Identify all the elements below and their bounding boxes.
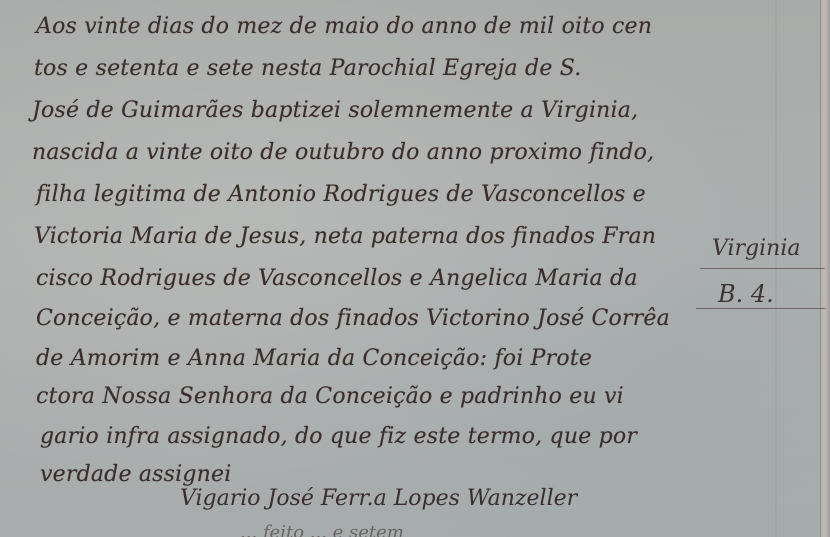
margin-rule-top <box>700 268 825 269</box>
document-page: Aos vinte dias do mez de maio do anno de… <box>0 0 830 537</box>
record-line-7: cisco Rodrigues de Vasconcellos e Angeli… <box>36 266 638 291</box>
record-line-12: verdade assignei <box>40 462 232 487</box>
vicar-signature: Vigario José Ferr.a Lopes Wanzeller <box>180 486 577 511</box>
record-line-10: ctora Nossa Senhora da Conceição e padri… <box>36 384 624 409</box>
record-line-1: Aos vinte dias do mez de maio do anno de… <box>36 14 652 39</box>
cutoff-line: ... feito ... e setem <box>240 522 404 537</box>
record-line-5: filha legitima de Antonio Rodrigues de V… <box>36 182 646 207</box>
record-line-3: José de Guimarães baptizei solemnemente … <box>32 98 638 123</box>
margin-note-code: B. 4. <box>718 280 774 308</box>
record-line-11: gario infra assignado, do que fiz este t… <box>40 424 637 449</box>
record-line-4: nascida a vinte oito de outubro do anno … <box>32 140 654 165</box>
record-line-9: de Amorim e Anna Maria da Conceição: foi… <box>36 346 592 371</box>
record-line-6: Victoria Maria de Jesus, neta paterna do… <box>34 224 656 249</box>
record-line-8: Conceição, e materna dos finados Victori… <box>36 306 670 331</box>
margin-note-name: Virginia <box>712 236 801 261</box>
record-line-2: tos e setenta e sete nesta Parochial Egr… <box>34 56 581 81</box>
margin-rule-bottom <box>696 308 826 309</box>
